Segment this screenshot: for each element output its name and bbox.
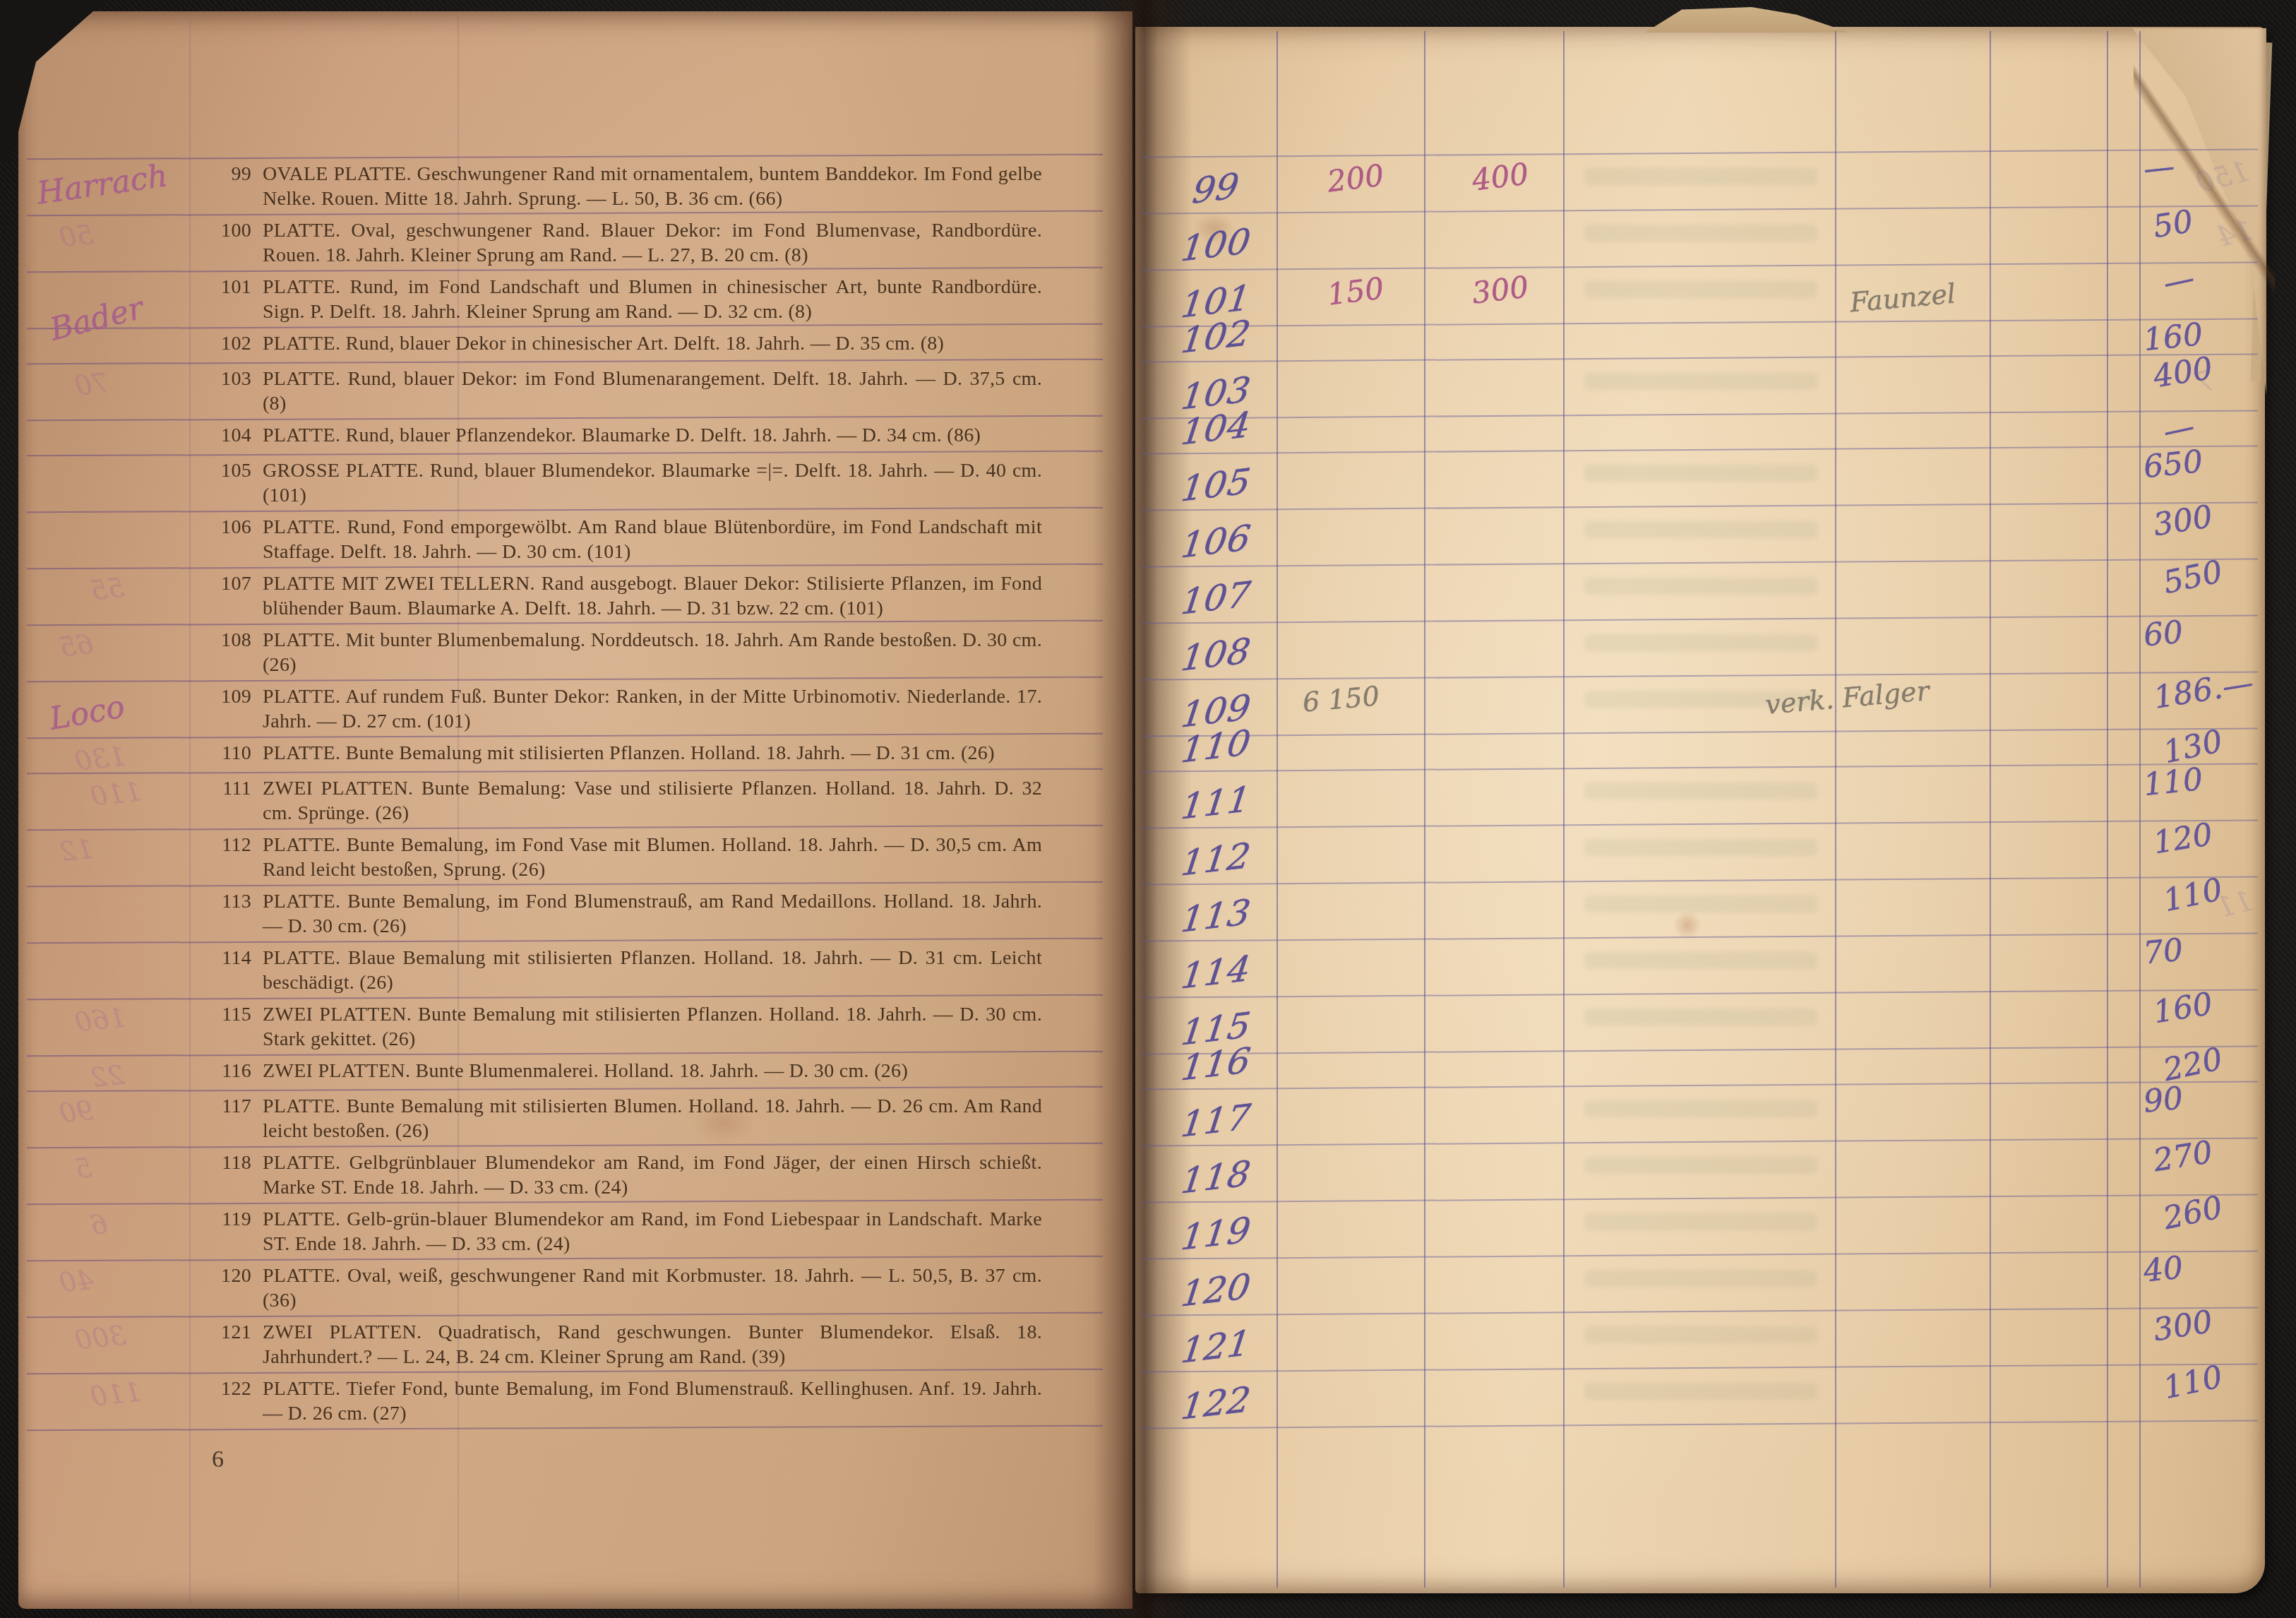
entry-number: 116 [202, 1059, 251, 1083]
entry-text: PLATTE. Gelb-grün-blauer Blumendekor am … [263, 1207, 1042, 1256]
ledger-column-rule [1424, 31, 1425, 1588]
catalog-entry: 117PLATTE. Bunte Bemalung mit stilisiert… [202, 1094, 1042, 1143]
catalog-entry: 111ZWEI PLATTEN. Bunte Bemalung: Vase un… [202, 776, 1042, 826]
bleedthrough-ghost [1584, 1009, 1817, 1025]
catalog-entry: 104PLATTE. Rund, blauer Pflanzendekor. B… [202, 423, 1042, 448]
catalog-entry: 116ZWEI PLATTEN. Bunte Blumenmalerei. Ho… [202, 1059, 1042, 1083]
bleedthrough-ghost [1584, 783, 1817, 799]
catalog-entry: 114PLATTE. Blaue Bemalung mit stilisiert… [202, 946, 1042, 995]
ledger-column-rule [2139, 31, 2141, 1588]
bleedthrough-number: 300 [73, 1319, 128, 1355]
ledger-result-price: 110 [2142, 761, 2205, 803]
entry-number: 111 [202, 776, 251, 826]
entry-text: PLATTE. Rund, blauer Pflanzendekor. Blau… [263, 423, 1042, 448]
bleedthrough-ghost [1584, 1326, 1817, 1343]
bleedthrough-number: 110 [89, 775, 143, 811]
bleedthrough-ghost [1584, 634, 1817, 651]
entry-number: 119 [202, 1207, 251, 1256]
bleedthrough-ghost [1584, 691, 1817, 708]
ledger-column-rule [2107, 31, 2108, 1588]
entry-text: PLATTE. Bunte Bemalung, im Fond Vase mit… [263, 833, 1042, 882]
entry-text: ZWEI PLATTEN. Bunte Bemalung mit stilisi… [263, 1002, 1042, 1052]
entry-text: PLATTE. Blaue Bemalung mit stilisierten … [263, 946, 1042, 995]
bleedthrough-ghost [1584, 373, 1817, 390]
catalog-entry: 109PLATTE. Auf rundem Fuß. Bunter Dekor:… [202, 684, 1042, 734]
entry-text: PLATTE MIT ZWEI TELLERN. Rand ausgebogt.… [263, 571, 1042, 621]
ledger-page-right [1135, 27, 2265, 1593]
ledger-hammer-price-1: 150 [1325, 270, 1386, 311]
catalog-entry: 113PLATTE. Bunte Bemalung, im Fond Blume… [202, 889, 1042, 939]
catalog-entry: 99OVALE PLATTE. Geschwungener Rand mit o… [202, 162, 1042, 211]
entry-text: PLATTE. Oval, geschwungener Rand. Blauer… [263, 218, 1042, 268]
ledger-result-price: 90 [2141, 1080, 2184, 1120]
ledger-column-rule [1990, 31, 1991, 1588]
ledger-result-price: 650 [2142, 444, 2205, 485]
entry-text: PLATTE. Tiefer Fond, bunte Bemalung, im … [263, 1376, 1042, 1426]
entry-number: 108 [202, 628, 251, 677]
entry-text: PLATTE. Rund, blauer Dekor: im Fond Blum… [263, 367, 1042, 416]
bleedthrough-number: 6 [89, 1208, 109, 1241]
catalog-entry: 101PLATTE. Rund, im Fond Landschaft und … [202, 275, 1042, 324]
entry-text: ZWEI PLATTEN. Bunte Bemalung: Vase und s… [263, 776, 1042, 826]
entry-number: 122 [202, 1376, 251, 1426]
catalog-entry: 105GROSSE PLATTE. Rund, blauer Blumendek… [202, 458, 1042, 508]
bleedthrough-ghost [1584, 225, 1817, 242]
entry-number: 103 [202, 367, 251, 416]
entry-text: PLATTE. Rund, blauer Dekor in chinesisch… [263, 331, 1042, 356]
ledger-result-price: 70 [2141, 932, 2184, 972]
bleedthrough-number: 160 [73, 1001, 128, 1037]
entry-text: ZWEI PLATTEN. Quadratisch, Rand geschwun… [263, 1320, 1042, 1369]
entry-number: 120 [202, 1263, 251, 1313]
entry-text: PLATTE. Bunte Bemalung mit stilisierten … [263, 1094, 1042, 1143]
bleedthrough-number: 5 [73, 1152, 94, 1184]
entry-number: 102 [202, 331, 251, 356]
entry-text: PLATTE. Auf rundem Fuß. Bunter Dekor: Ra… [263, 684, 1042, 734]
ledger-result-price: — [2141, 148, 2176, 187]
ledger-column-rule [1563, 31, 1565, 1588]
bleedthrough-number: 12 [58, 833, 95, 868]
entry-text: PLATTE. Rund, Fond emporgewölbt. Am Rand… [263, 515, 1042, 564]
catalog-entry: 118PLATTE. Gelbgrünblauer Blumendekor am… [202, 1150, 1042, 1200]
bleedthrough-ghost [1584, 952, 1817, 969]
ledger-hammer-price-2: 400 [1470, 156, 1531, 197]
ledger-column-rule [1835, 31, 1836, 1588]
bleedthrough-ghost [1584, 1213, 1817, 1230]
bleedthrough-number: 65 [58, 629, 95, 663]
catalog-entry: 108PLATTE. Mit bunter Blumenbemalung. No… [202, 628, 1042, 677]
catalog-entry: 103PLATTE. Rund, blauer Dekor: im Fond B… [202, 367, 1042, 416]
entry-text: PLATTE. Oval, weiß, geschwungener Rand m… [263, 1263, 1042, 1313]
ledger-hammer-price-1: 200 [1325, 157, 1386, 198]
bleedthrough-ghost [1584, 1100, 1817, 1117]
ledger-result-price: 60 [2141, 614, 2184, 654]
entry-number: 104 [202, 423, 251, 448]
entry-number: 121 [202, 1320, 251, 1369]
entry-text: ZWEI PLATTEN. Bunte Blumenmalerei. Holla… [263, 1059, 1042, 1083]
entry-number: 117 [202, 1094, 251, 1143]
entry-number: 99 [202, 162, 251, 211]
entry-text: OVALE PLATTE. Geschwungener Rand mit orn… [263, 162, 1042, 211]
bleedthrough-ghost [1584, 281, 1817, 298]
entry-text: GROSSE PLATTE. Rund, blauer Blumendekor.… [263, 458, 1042, 508]
ledger-result-price: 40 [2141, 1249, 2184, 1290]
bleedthrough-number: 22 [89, 1059, 126, 1094]
entry-text: PLATTE. Rund, im Fond Landschaft und Blu… [263, 275, 1042, 324]
bleedthrough-ghost [1584, 1157, 1817, 1174]
catalog-entry: 120PLATTE. Oval, weiß, geschwungener Ran… [202, 1263, 1042, 1313]
ledger-result-price: 50 [2151, 203, 2195, 245]
entry-number: 114 [202, 946, 251, 995]
entry-number: 115 [202, 1002, 251, 1052]
scanned-auction-catalog-spread: 6 99OVALE PLATTE. Geschwungener Rand mit… [0, 0, 2296, 1618]
entry-number: 101 [202, 275, 251, 324]
bleedthrough-number: 130 [73, 740, 128, 776]
bleedthrough-number: 70 [73, 367, 111, 402]
catalog-entry: 112PLATTE. Bunte Bemalung, im Fond Vase … [202, 833, 1042, 882]
entry-number: 106 [202, 515, 251, 564]
bleedthrough-number: 55 [89, 572, 126, 607]
bleedthrough-ghost [1584, 1383, 1817, 1400]
catalog-entry: 106PLATTE. Rund, Fond emporgewölbt. Am R… [202, 515, 1042, 564]
bleedthrough-ghost [1584, 521, 1817, 538]
entry-number: 113 [202, 889, 251, 939]
catalog-entry: 119PLATTE. Gelb-grün-blauer Blumendekor … [202, 1207, 1042, 1256]
bleedthrough-number: 40 [58, 1264, 95, 1299]
bleedthrough-number: 110 [89, 1376, 143, 1412]
bleedthrough-ghost [1584, 578, 1817, 595]
catalog-entry: 110PLATTE. Bunte Bemalung mit stilisiert… [202, 741, 1042, 766]
bleedthrough-ghost [1584, 839, 1817, 856]
bleedthrough-ghost [1584, 465, 1817, 482]
bleedthrough-ghost [1584, 896, 1817, 912]
bleedthrough-ghost [1584, 1270, 1817, 1287]
ledger-column-rule [1276, 31, 1278, 1588]
torn-paper-tab [1645, 7, 1850, 32]
entry-number: 100 [202, 218, 251, 268]
bleedthrough-ghost [1584, 168, 1817, 185]
crease-line [189, 21, 191, 1603]
bleedthrough-number: 50 [58, 219, 95, 254]
ledger-hammer-price-2: 300 [1470, 269, 1531, 310]
entry-text: PLATTE. Bunte Bemalung, im Fond Blumenst… [263, 889, 1042, 939]
entry-number: 109 [202, 684, 251, 734]
entry-text: PLATTE. Gelbgrünblauer Blumendekor am Ra… [263, 1150, 1042, 1200]
catalog-entry: 122PLATTE. Tiefer Fond, bunte Bemalung, … [202, 1376, 1042, 1426]
page-number: 6 [212, 1446, 224, 1473]
catalog-entry: 100PLATTE. Oval, geschwungener Rand. Bla… [202, 218, 1042, 268]
entry-number: 118 [202, 1150, 251, 1200]
catalog-entry: 107PLATTE MIT ZWEI TELLERN. Rand ausgebo… [202, 571, 1042, 621]
entry-number: 107 [202, 571, 251, 621]
catalog-entry: 115ZWEI PLATTEN. Bunte Bemalung mit stil… [202, 1002, 1042, 1052]
entry-number: 105 [202, 458, 251, 508]
catalog-entry: 121ZWEI PLATTEN. Quadratisch, Rand gesch… [202, 1320, 1042, 1369]
bleedthrough-number: 90 [58, 1095, 95, 1129]
entry-number: 112 [202, 833, 251, 882]
entry-text: PLATTE. Bunte Bemalung mit stilisierten … [263, 741, 1042, 766]
entry-number: 110 [202, 741, 251, 766]
catalog-entry: 102PLATTE. Rund, blauer Dekor in chinesi… [202, 331, 1042, 356]
entry-text: PLATTE. Mit bunter Blumenbemalung. Nordd… [263, 628, 1042, 677]
